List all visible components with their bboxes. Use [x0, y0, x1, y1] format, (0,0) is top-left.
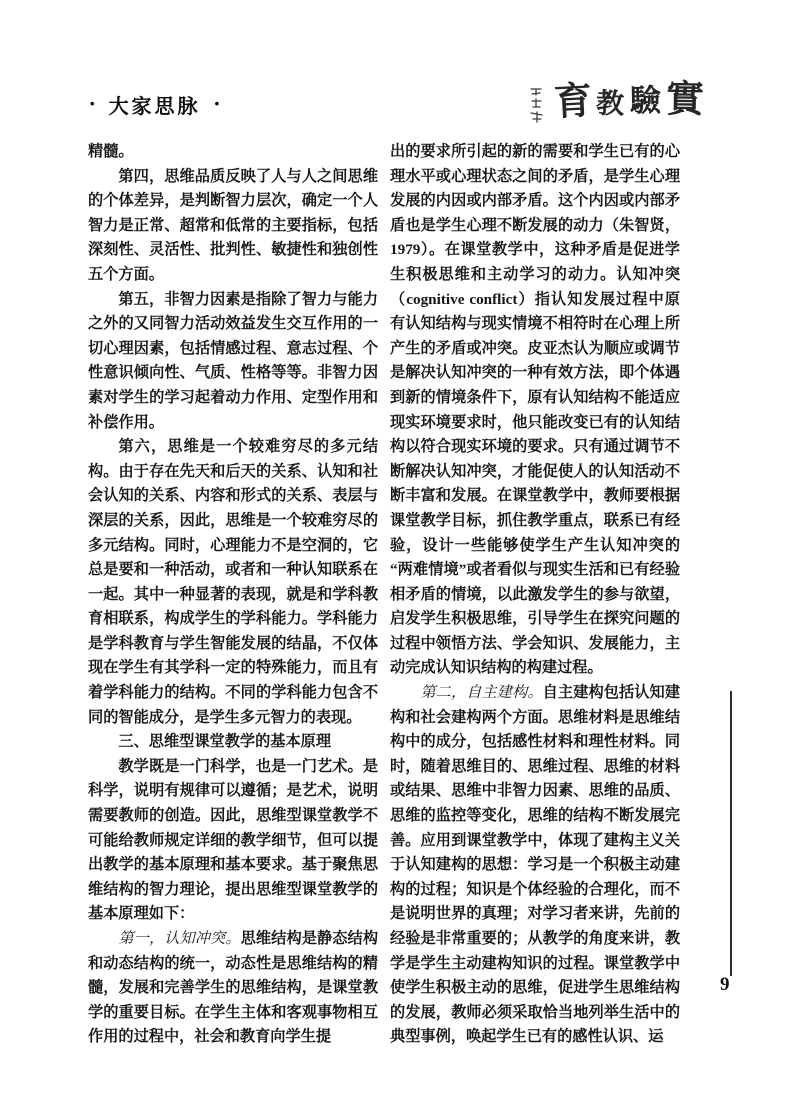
paragraph-continuation: 出的要求所引起的新的需要和学生已有的心理水平或心理状态之间的矛盾，是学生心理发展…: [390, 140, 680, 681]
running-head: • 大家思脉 •: [90, 90, 219, 119]
paragraph-continuation: 精髓。: [88, 140, 378, 165]
logo-char: 驗: [630, 86, 662, 118]
section-title: 大家思脉: [109, 90, 201, 119]
section-heading: 三、思维型课堂教学的基本原理: [88, 730, 378, 755]
bullet-icon: •: [90, 96, 95, 111]
paragraph-lead-in: 第一，认知冲突。: [118, 930, 240, 947]
paragraph-lead-in: 第二，自主建构。: [420, 684, 542, 701]
paragraph: 第二，自主建构。自主建构包括认知建构和社会建构两个方面。思维材料是思维结构中的成…: [390, 681, 680, 1050]
logo-char: 教: [596, 90, 625, 119]
paragraph-text: 思维结构是静态结构和动态结构的统一，动态性是思维结构的精髓，发展和完善学生的思维…: [88, 930, 378, 1045]
logo-char: 實: [666, 80, 705, 119]
paragraph: 第五，非智力因素是指除了智力与能力之外的又同智力活动效益发生交互作用的一切心理因…: [88, 288, 378, 436]
page-number: 9: [720, 974, 730, 996]
journal-calligraphy-logo: 育 教 驗 實: [528, 78, 698, 130]
paragraph: 第四，思维品质反映了人与人之间思维的个体差异，是判断智力层次，确定一个人智力是正…: [88, 165, 378, 288]
paragraph: 第一，认知冲突。思维结构是静态结构和动态结构的统一，动态性是思维结构的精髓，发展…: [88, 927, 378, 1050]
logo-char: 育: [553, 81, 593, 121]
paragraph: 第六，思维是一个较难穷尽的多元结构。由于存在先天和后天的关系、认知和社会认知的关…: [88, 435, 378, 730]
left-text-column: 精髓。 第四，思维品质反映了人与人之间思维的个体差异，是判断智力层次，确定一个人…: [88, 140, 378, 1058]
page-margin-rule: [730, 691, 732, 976]
paragraph: 教学既是一门科学，也是一门艺术。是科学，说明有规律可以遵循；是艺术，说明需要教师…: [88, 755, 378, 927]
scanned-book-page: { "header": { "bullet": "•", "section_ti…: [0, 0, 805, 1100]
calligraphy-signature: [528, 86, 546, 124]
bullet-icon: •: [215, 96, 220, 111]
right-text-column: 出的要求所引起的新的需要和学生已有的心理水平或心理状态之间的矛盾，是学生心理发展…: [390, 140, 680, 1058]
paragraph-text: 自主建构包括认知建构和社会建构两个方面。思维材料是思维结构中的成分，包括感性材料…: [390, 684, 680, 1045]
